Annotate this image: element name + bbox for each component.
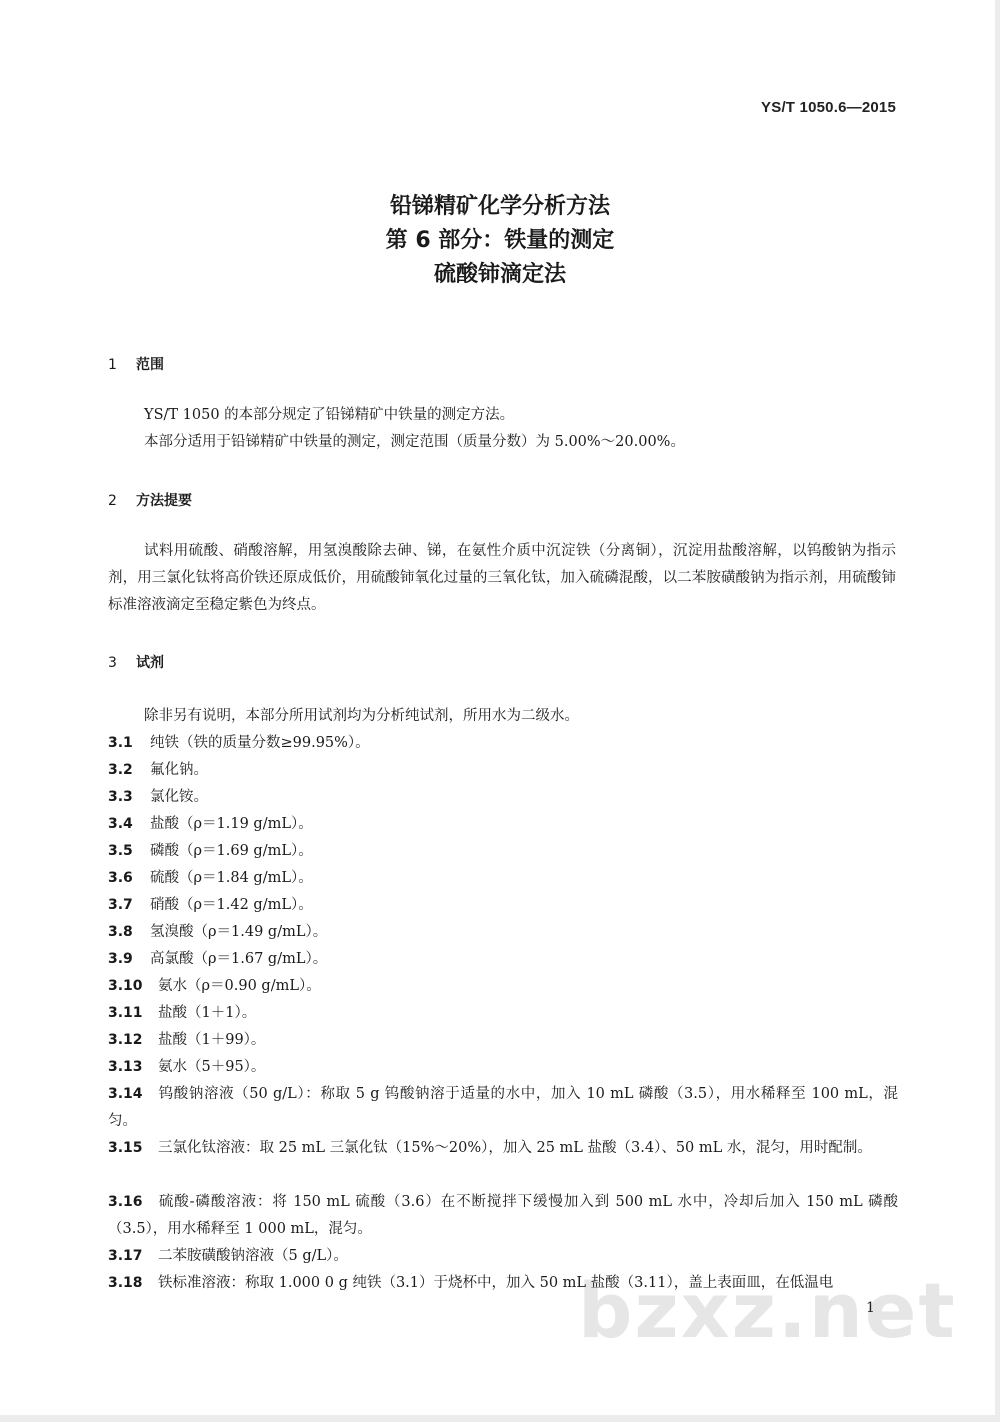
item-number: 3.10	[108, 973, 158, 1000]
item-text: 盐酸（ρ＝1.19 g/mL）。	[150, 816, 313, 832]
principle-paragraph: 试料用硫酸、硝酸溶解，用氢溴酸除去砷、锑，在氨性介质中沉淀铁（分离铜），沉淀用盐…	[108, 538, 896, 619]
reagent-item: 3.8氢溴酸（ρ＝1.49 g/mL）。	[108, 919, 898, 946]
reagent-item: 3.14钨酸钠溶液（50 g/L）：称取 5 g 钨酸钠溶于适量的水中，加入 1…	[108, 1081, 898, 1135]
page-number: 1	[866, 1300, 875, 1316]
item-number: 3.18	[108, 1270, 158, 1297]
item-text: 氯化铵。	[150, 789, 208, 805]
item-number: 3.9	[108, 946, 150, 973]
section-title: 试剂	[136, 655, 164, 671]
item-number: 3.14	[108, 1081, 158, 1108]
reagent-item: 3.15三氯化钛溶液：取 25 mL 三氯化钛（15%～20%），加入 25 m…	[108, 1135, 898, 1162]
document-title: 铅锑精矿化学分析方法 第 6 部分：铁量的测定 硫酸铈滴定法	[0, 190, 1000, 292]
section-heading-reagents: 3试剂	[108, 652, 164, 672]
reagent-item: 3.5磷酸（ρ＝1.69 g/mL）。	[108, 838, 898, 865]
title-line-1: 铅锑精矿化学分析方法	[0, 190, 1000, 224]
reagent-item: 3.4盐酸（ρ＝1.19 g/mL）。	[108, 811, 898, 838]
item-text: 氢溴酸（ρ＝1.49 g/mL）。	[150, 924, 327, 940]
item-text: 二苯胺磺酸钠溶液（5 g/L）。	[158, 1248, 348, 1264]
reagent-item: 3.2氟化钠。	[108, 757, 898, 784]
scope-paragraph-1: YS/T 1050 的本部分规定了铅锑精矿中铁量的测定方法。	[108, 402, 896, 429]
reagent-item: 3.9高氯酸（ρ＝1.67 g/mL）。	[108, 946, 898, 973]
item-text: 硫酸-磷酸溶液：将 150 mL 硫酸（3.6）在不断搅拌下缓慢加入到 500 …	[108, 1194, 898, 1237]
section-number: 1	[108, 357, 136, 373]
item-text: 硫酸（ρ＝1.84 g/mL）。	[150, 870, 313, 886]
item-number: 3.8	[108, 919, 150, 946]
item-number: 3.12	[108, 1027, 158, 1054]
reagent-item: 3.16硫酸-磷酸溶液：将 150 mL 硫酸（3.6）在不断搅拌下缓慢加入到 …	[108, 1189, 898, 1243]
item-text: 盐酸（1＋1）。	[158, 1005, 256, 1021]
item-number: 3.2	[108, 757, 150, 784]
section-heading-scope: 1范围	[108, 354, 164, 374]
item-text: 氟化钠。	[150, 762, 208, 778]
section-number: 2	[108, 493, 136, 509]
reagent-item: 3.11盐酸（1＋1）。	[108, 1000, 898, 1027]
reagent-item: 3.12盐酸（1＋99）。	[108, 1027, 898, 1054]
reagent-item: 3.1纯铁（铁的质量分数≥99.95%）。	[108, 730, 898, 757]
section-title: 范围	[136, 357, 164, 373]
item-number: 3.3	[108, 784, 150, 811]
item-text: 氨水（ρ＝0.90 g/mL）。	[158, 978, 321, 994]
item-number: 3.11	[108, 1000, 158, 1027]
section-number: 3	[108, 655, 136, 671]
section-heading-principle: 2方法提要	[108, 490, 192, 510]
reagent-item: 3.17二苯胺磺酸钠溶液（5 g/L）。	[108, 1243, 898, 1270]
scope-paragraph-2: 本部分适用于铅锑精矿中铁量的测定，测定范围（质量分数）为 5.00%～20.00…	[108, 429, 896, 456]
title-line-2: 第 6 部分：铁量的测定	[0, 224, 1000, 258]
reagents-intro: 除非另有说明，本部分所用试剂均为分析纯试剂，所用水为二级水。	[108, 703, 896, 730]
item-number: 3.1	[108, 730, 150, 757]
item-number: 3.16	[108, 1189, 158, 1216]
item-number: 3.6	[108, 865, 150, 892]
section-title: 方法提要	[136, 493, 192, 509]
page-edge-bottom	[0, 1415, 1000, 1422]
item-number: 3.7	[108, 892, 150, 919]
item-text: 钨酸钠溶液（50 g/L）：称取 5 g 钨酸钠溶于适量的水中，加入 10 mL…	[108, 1086, 898, 1129]
standard-code: YS/T 1050.6—2015	[761, 99, 896, 116]
item-text: 高氯酸（ρ＝1.67 g/mL）。	[150, 951, 327, 967]
reagent-item: 3.18铁标准溶液：称取 1.000 0 g 纯铁（3.1）于烧杯中，加入 50…	[108, 1270, 898, 1297]
title-line-3: 硫酸铈滴定法	[0, 258, 1000, 292]
reagent-item: 3.13氨水（5＋95）。	[108, 1054, 898, 1081]
item-number: 3.5	[108, 838, 150, 865]
item-number: 3.17	[108, 1243, 158, 1270]
item-text: 氨水（5＋95）。	[158, 1059, 265, 1075]
item-text: 磷酸（ρ＝1.69 g/mL）。	[150, 843, 313, 859]
reagent-item: 3.3氯化铵。	[108, 784, 898, 811]
item-number: 3.13	[108, 1054, 158, 1081]
item-text: 铁标准溶液：称取 1.000 0 g 纯铁（3.1）于烧杯中，加入 50 mL …	[158, 1275, 833, 1291]
reagent-item: 3.7硝酸（ρ＝1.42 g/mL）。	[108, 892, 898, 919]
reagent-item: 3.10氨水（ρ＝0.90 g/mL）。	[108, 973, 898, 1000]
item-text: 硝酸（ρ＝1.42 g/mL）。	[150, 897, 313, 913]
item-text: 纯铁（铁的质量分数≥99.95%）。	[150, 735, 370, 751]
item-number: 3.4	[108, 811, 150, 838]
item-text: 三氯化钛溶液：取 25 mL 三氯化钛（15%～20%），加入 25 mL 盐酸…	[158, 1140, 872, 1156]
reagent-item: 3.6硫酸（ρ＝1.84 g/mL）。	[108, 865, 898, 892]
item-number: 3.15	[108, 1135, 158, 1162]
item-text: 盐酸（1＋99）。	[158, 1032, 265, 1048]
